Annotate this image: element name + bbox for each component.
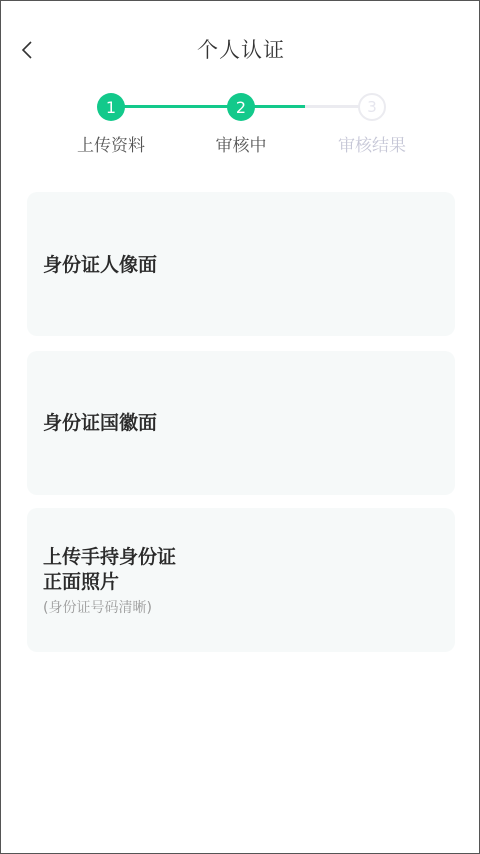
card-title-line1: 上传手持身份证 [43, 544, 176, 570]
card-title: 身份证国徽面 [43, 410, 157, 436]
step-2-label: 审核中 [181, 131, 301, 156]
step-1-number: 1 [106, 98, 116, 117]
progress-stepper: 1 2 3 上传资料 审核中 审核结果 [1, 91, 480, 161]
upload-id-front-card[interactable]: 身份证人像面 [27, 192, 455, 336]
step-2-circle: 2 [227, 93, 255, 121]
upload-id-back-card[interactable]: 身份证国徽面 [27, 351, 455, 495]
card-title-line2: 正面照片 [43, 569, 119, 595]
step-3-number: 3 [367, 98, 377, 116]
card-title: 身份证人像面 [43, 252, 157, 278]
step-2-number: 2 [236, 98, 246, 117]
step-connector-1-2 [111, 105, 241, 108]
header: 个人认证 [1, 1, 480, 91]
card-subtitle: (身份证号码清晰) [43, 597, 152, 617]
step-1-label: 上传资料 [51, 131, 171, 156]
upload-handheld-id-card[interactable]: 上传手持身份证 正面照片 (身份证号码清晰) [27, 508, 455, 652]
step-3-label: 审核结果 [312, 131, 432, 156]
page-title: 个人认证 [1, 34, 480, 64]
step-1-circle: 1 [97, 93, 125, 121]
app-screen: 个人认证 1 2 3 上传资料 审核中 审核结果 身份证人像面 身份证国徽面 上… [0, 0, 480, 854]
step-3-circle: 3 [358, 93, 386, 121]
